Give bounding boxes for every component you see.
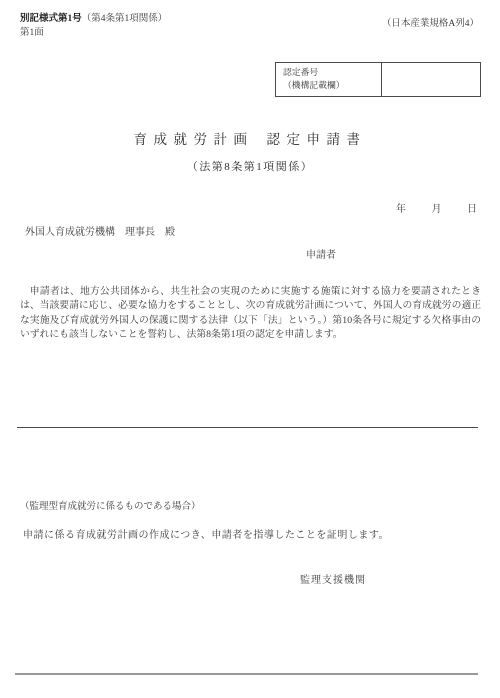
declaration-paragraph: 申請者は、地方公共団体から、共生社会の実現のために実施する施策に対する協力を要請… — [20, 285, 481, 342]
certification-number-box: 認定番号 （機構記載欄） — [275, 62, 481, 97]
page-marker: 第1面 — [20, 27, 167, 41]
separator-line-bottom — [15, 673, 478, 675]
certification-number-label-line2: （機構記載欄） — [283, 79, 381, 92]
form-number-line: 別記様式第1号（第4条第1項関係） — [20, 13, 167, 27]
date-line: 年 月 日 — [396, 200, 477, 215]
addressee-line: 外国人育成就労機構 理事長 殿 — [25, 223, 175, 238]
supervised-case-note: （監理型育成就労に係るものである場合） — [20, 498, 201, 512]
certification-number-label: 認定番号 （機構記載欄） — [276, 63, 382, 96]
document-subtitle: （法第8条第1項関係） — [0, 158, 500, 174]
separator-line-upper — [17, 427, 478, 428]
document-title-part2: 認定申請書 — [267, 132, 367, 147]
date-year-label: 年 — [396, 200, 406, 215]
form-number-block: 別記様式第1号（第4条第1項関係） 第1面 — [20, 13, 167, 40]
document-title-part1: 育成就労計画 — [134, 132, 254, 147]
applicant-label: 申請者 — [306, 246, 336, 261]
supervising-support-org-label: 監理支援機関 — [300, 571, 366, 586]
form-number: 別記様式第1号 — [20, 14, 82, 24]
date-day-label: 日 — [467, 200, 477, 215]
certify-sentence: 申請に係る育成就労計画の作成につき、申請者を指導したことを証明します。 — [23, 526, 389, 541]
form-number-reference: （第4条第1項関係） — [82, 14, 168, 24]
form-page: 別記様式第1号（第4条第1項関係） 第1面 （日本産業規格A列4） 認定番号 （… — [0, 0, 500, 698]
document-title: 育成就労計画認定申請書 — [0, 128, 500, 148]
certification-number-value — [382, 63, 480, 96]
paper-standard-note: （日本産業規格A列4） — [382, 15, 479, 29]
date-month-label: 月 — [432, 200, 442, 215]
certification-number-label-line1: 認定番号 — [283, 66, 381, 79]
